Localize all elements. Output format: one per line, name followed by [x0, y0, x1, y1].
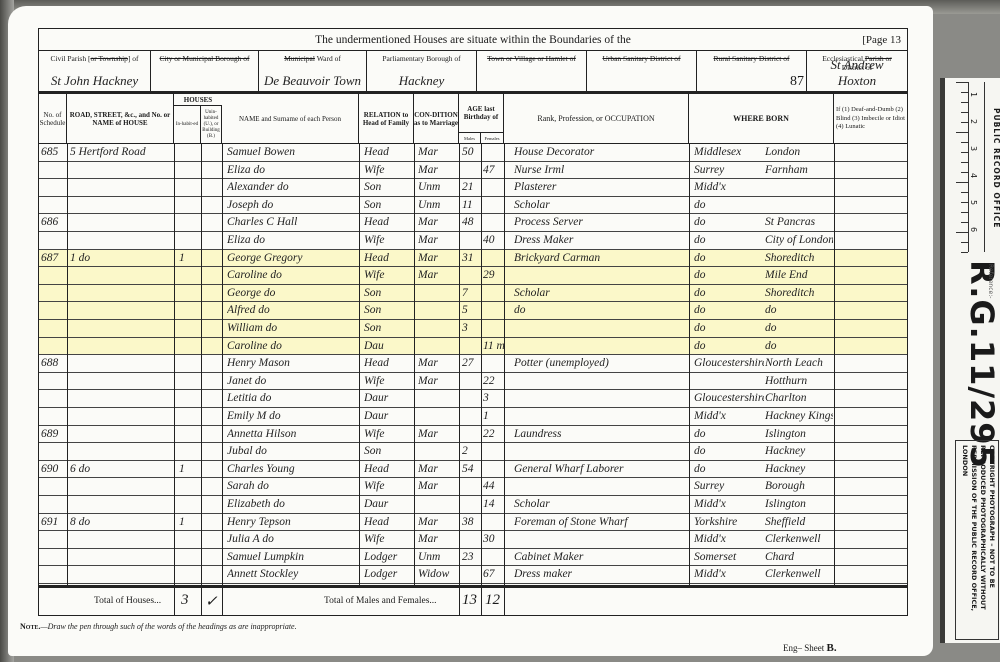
male-age — [462, 408, 481, 426]
divider — [504, 588, 505, 616]
relation-to-head: Daur — [364, 390, 412, 408]
marital-condition: Mar — [418, 232, 458, 250]
relation-to-head: Daur — [364, 496, 412, 514]
road-address — [70, 179, 172, 197]
inhabited-count — [179, 320, 199, 338]
copyright-notice: COPYRIGHT PHOTOGRAPH – NOT TO BE REPRODU… — [955, 440, 999, 640]
birthplace-town: Islington — [765, 496, 833, 514]
ruler-tick — [961, 242, 968, 243]
inhabited-count — [179, 285, 199, 303]
person-name: Alfred do — [227, 302, 357, 320]
schedule-number: 688 — [41, 355, 67, 373]
ruler-tick — [961, 142, 968, 143]
male-age — [462, 531, 481, 549]
birthplace-town: North Leach — [765, 355, 833, 373]
birthplace-town: do — [765, 338, 833, 356]
divider — [67, 144, 68, 586]
birthplace-town: Hackney — [765, 443, 833, 461]
marital-condition: Mar — [418, 162, 458, 180]
road-address — [70, 232, 172, 250]
census-row: 686Charles C HallHeadMar48Process Server… — [39, 214, 907, 232]
birthplace-town: Farnham — [765, 162, 833, 180]
road-address — [70, 443, 172, 461]
person-name: Jubal do — [227, 443, 357, 461]
col-header-infirmity: If (1) Deaf-and-Dumb (2) Blind (3) Imbec… — [834, 94, 908, 144]
occupation: House Decorator — [514, 144, 686, 162]
schedule-number — [41, 232, 67, 250]
ruler-number: 3 — [969, 146, 978, 151]
archive-reference-strip: 123456 PUBLIC RECORD OFFICE R.G.11/295 R… — [940, 78, 1000, 643]
female-age: 14 — [483, 496, 504, 514]
sheet-letter: B. — [827, 642, 837, 654]
ruler-number: 5 — [969, 200, 978, 205]
male-age — [462, 496, 481, 514]
occupation — [514, 478, 686, 496]
marital-condition: Mar — [418, 514, 458, 532]
occupation: Nurse Irml — [514, 162, 686, 180]
female-age: 67 — [483, 566, 504, 584]
schedule-number — [41, 373, 67, 391]
male-age — [462, 162, 481, 180]
birthplace-town: Clerkenwell — [765, 566, 833, 584]
parliamentary-borough-label: Parliamentary Borough of — [382, 54, 460, 63]
female-age — [483, 443, 504, 461]
female-age — [483, 355, 504, 373]
divider — [222, 588, 223, 616]
birthplace-county: Midd'x — [694, 566, 764, 584]
female-age: 40 — [483, 232, 504, 250]
ruler-tick — [956, 182, 968, 183]
divider — [504, 144, 505, 586]
municipal-ward-label: Ward of — [315, 54, 341, 63]
civil-parish-label: Civil Parish [ — [50, 54, 90, 63]
person-name: George Gregory — [227, 250, 357, 268]
schedule-number: 685 — [41, 144, 67, 162]
page-number: [Page 13 — [862, 29, 901, 51]
inhabited-count — [179, 232, 199, 250]
marital-condition — [418, 285, 458, 303]
marital-condition: Mar — [418, 250, 458, 268]
census-row: Joseph doSonUnm11Scholardo — [39, 197, 907, 215]
female-age — [483, 197, 504, 215]
inhabited-count — [179, 302, 199, 320]
marital-condition — [418, 320, 458, 338]
birthplace-county: do — [694, 302, 764, 320]
birthplace-town: St Pancras — [765, 214, 833, 232]
female-age: 47 — [483, 162, 504, 180]
birthplace-county: Gloucestershire — [694, 355, 764, 373]
relation-to-head: Lodger — [364, 549, 412, 567]
census-row: Emily M doDaur1Midd'xHackney Kings — [39, 408, 907, 426]
note-text: —Draw the pen through such of the words … — [40, 622, 296, 631]
schedule-number — [41, 566, 67, 584]
person-name: Letitia do — [227, 390, 357, 408]
relation-to-head: Wife — [364, 267, 412, 285]
male-age: 21 — [462, 179, 481, 197]
occupation — [514, 338, 686, 356]
birthplace-county: do — [694, 232, 764, 250]
ruler-number: 1 — [969, 92, 978, 97]
relation-to-head: Head — [364, 355, 412, 373]
male-age: 31 — [462, 250, 481, 268]
road-address — [70, 320, 172, 338]
occupation: Process Server — [514, 214, 686, 232]
inhabited-count — [179, 426, 199, 444]
male-age — [462, 478, 481, 496]
town-village-cell: Town or Village or Hamlet of — [477, 51, 587, 91]
census-entries: Annett StockleyLodgerWidow67Dress makerM… — [38, 144, 908, 586]
birthplace-town: Islington — [765, 426, 833, 444]
marital-condition: Mar — [418, 531, 458, 549]
occupation: Cabinet Maker — [514, 549, 686, 567]
birthplace-town: Chard — [765, 549, 833, 567]
ruler-tick — [961, 172, 968, 173]
divider — [201, 144, 202, 586]
schedule-number — [41, 478, 67, 496]
birthplace-town: Hotthurn — [765, 373, 833, 391]
person-name: Henry Tepson — [227, 514, 357, 532]
ruler-tick — [956, 132, 968, 133]
female-age: 29 — [483, 267, 504, 285]
census-row: Elizabeth doDaur14ScholarMidd'xIslington — [39, 496, 907, 514]
divider — [222, 144, 223, 586]
ruler-tick — [961, 112, 968, 113]
ruler-number: 6 — [969, 227, 978, 232]
birthplace-town: Hackney — [765, 461, 833, 479]
rural-sanitary-cell: Rural Sanitary District of 87 — [697, 51, 807, 91]
male-age — [462, 373, 481, 391]
birthplace-county: do — [694, 320, 764, 338]
measurement-ruler — [951, 82, 969, 252]
inhabited-count — [179, 478, 199, 496]
marital-condition: Unm — [418, 549, 458, 567]
marital-condition: Mar — [418, 144, 458, 162]
parliamentary-borough-value: Hackney — [371, 73, 472, 89]
municipal-borough-cell: City or Municipal Borough of — [151, 51, 259, 91]
inhabited-count — [179, 338, 199, 356]
marital-condition — [418, 390, 458, 408]
inhabited-count: 1 — [179, 250, 199, 268]
male-age — [462, 232, 481, 250]
relation-to-head: Wife — [364, 478, 412, 496]
divider — [174, 144, 175, 586]
total-females-value: 12 — [485, 592, 500, 609]
census-row: Caroline doDau11 mthsdodo — [39, 338, 907, 356]
inhabited-count — [179, 531, 199, 549]
female-age: 11 mths — [483, 338, 504, 356]
schedule-number — [41, 549, 67, 567]
birthplace-county: do — [694, 461, 764, 479]
road-address — [70, 390, 172, 408]
birthplace-town: Clerkenwell — [765, 531, 833, 549]
schedule-number — [41, 285, 67, 303]
inhabited-count — [179, 443, 199, 461]
schedule-number: 687 — [41, 250, 67, 268]
road-address: 5 Hertford Road — [70, 144, 172, 162]
person-name: George do — [227, 285, 357, 303]
totals-row: Total of Houses... 3 ✓ Total of Males an… — [38, 586, 908, 616]
note-prefix: Note. — [20, 622, 40, 631]
male-age — [462, 338, 481, 356]
birthplace-town: do — [765, 302, 833, 320]
census-row: Eliza doWifeMar47Nurse IrmlSurreyFarnham — [39, 162, 907, 180]
relation-to-head: Head — [364, 144, 412, 162]
person-name: Charles C Hall — [227, 214, 357, 232]
occupation: Scholar — [514, 285, 686, 303]
person-name: Janet do — [227, 373, 357, 391]
relation-to-head: Lodger — [364, 566, 412, 584]
ruler-number: 2 — [969, 119, 978, 124]
divider — [459, 144, 460, 586]
birthplace-county: do — [694, 267, 764, 285]
census-page: The undermentioned Houses are situate wi… — [8, 6, 933, 656]
occupation: Dress Maker — [514, 232, 686, 250]
schedule-number — [41, 320, 67, 338]
footer-note: Note.—Draw the pen through such of the w… — [20, 622, 297, 631]
sheet-label-text: Eng– Sheet — [783, 643, 824, 653]
divider — [359, 144, 360, 586]
birthplace-town: Charlton — [765, 390, 833, 408]
road-address — [70, 267, 172, 285]
rural-sanitary-label: Rural Sanitary District of — [713, 54, 789, 63]
marital-condition: Mar — [418, 426, 458, 444]
relation-to-head: Wife — [364, 373, 412, 391]
occupation: Scholar — [514, 496, 686, 514]
birthplace-county — [694, 373, 764, 391]
road-address — [70, 408, 172, 426]
birthplace-county: Midd'x — [694, 531, 764, 549]
occupation: Brickyard Carman — [514, 250, 686, 268]
municipal-ward-struck: Municipal — [284, 54, 315, 63]
marital-condition — [418, 338, 458, 356]
archive-label: PUBLIC RECORD OFFICE — [989, 108, 1000, 248]
person-name: Eliza do — [227, 162, 357, 180]
person-name: Caroline do — [227, 267, 357, 285]
female-age — [483, 514, 504, 532]
relation-to-head: Dau — [364, 338, 412, 356]
road-address — [70, 373, 172, 391]
relation-to-head: Head — [364, 214, 412, 232]
ruler-tick — [961, 212, 968, 213]
relation-to-head: Son — [364, 179, 412, 197]
ecclesiastical-value: St Andrew Hoxton — [811, 57, 903, 89]
road-address: 8 do — [70, 514, 172, 532]
census-row: 688Henry MasonHeadMar27Potter (unemploye… — [39, 355, 907, 373]
col-header-age: AGE last Birthday of — [459, 94, 504, 132]
male-age — [462, 566, 481, 584]
occupation: do — [514, 302, 686, 320]
relation-to-head: Wife — [364, 426, 412, 444]
relation-to-head: Head — [364, 461, 412, 479]
divider — [201, 588, 202, 616]
col-header-houses: HOUSES — [174, 94, 222, 106]
female-age — [483, 144, 504, 162]
town-village-label: Town or Village or Hamlet of — [487, 54, 576, 63]
census-row: Caroline doWifeMar29doMile End — [39, 267, 907, 285]
road-address — [70, 549, 172, 567]
marital-condition — [418, 408, 458, 426]
marital-condition: Mar — [418, 478, 458, 496]
ruler-tick — [956, 82, 968, 83]
inhabited-count — [179, 197, 199, 215]
road-address — [70, 478, 172, 496]
schedule-number — [41, 179, 67, 197]
male-age: 48 — [462, 214, 481, 232]
ecclesiastical-cell: Ecclesiastical Parish or District of St … — [807, 51, 907, 91]
schedule-number — [41, 390, 67, 408]
birthplace-county: Middlesex — [694, 144, 764, 162]
marital-condition: Mar — [418, 355, 458, 373]
birthplace-town: Borough — [765, 478, 833, 496]
census-row: 6918 do1Henry TepsonHeadMar38Foreman of … — [39, 514, 907, 532]
road-address — [70, 496, 172, 514]
birthplace-county: do — [694, 338, 764, 356]
ruler-numbers: 123456 — [969, 82, 985, 252]
divider — [174, 588, 175, 616]
person-name: William do — [227, 320, 357, 338]
schedule-number — [41, 531, 67, 549]
column-header-row: No. of Schedule ROAD, STREET, &c., and N… — [38, 92, 908, 144]
road-address — [70, 426, 172, 444]
ruler-tick — [961, 152, 968, 153]
person-name: Samuel Lumpkin — [227, 549, 357, 567]
col-header-condition: CON-DITION as to Marriage — [414, 94, 459, 144]
urban-sanitary-label: Urban Sanitary District of — [602, 54, 680, 63]
marital-condition — [418, 443, 458, 461]
inhabited-count: 1 — [179, 461, 199, 479]
inhabited-count — [179, 162, 199, 180]
road-address — [70, 214, 172, 232]
inhabited-count — [179, 144, 199, 162]
birthplace-town — [765, 179, 833, 197]
occupation: Foreman of Stone Wharf — [514, 514, 686, 532]
municipal-ward-value: De Beauvoir Town — [263, 73, 362, 89]
birthplace-county: do — [694, 426, 764, 444]
road-address — [70, 162, 172, 180]
total-persons-label: Total of Males and Females... — [324, 596, 437, 606]
occupation: Plasterer — [514, 179, 686, 197]
schedule-number: 691 — [41, 514, 67, 532]
male-age — [462, 390, 481, 408]
reference-label: Reference:- — [987, 264, 994, 298]
schedule-number — [41, 302, 67, 320]
marital-condition: Unm — [418, 179, 458, 197]
road-address — [70, 566, 172, 584]
female-age — [483, 250, 504, 268]
col-header-males: Males — [459, 132, 481, 144]
birthplace-town: do — [765, 320, 833, 338]
person-name: Annetta Hilson — [227, 426, 357, 444]
marital-condition: Mar — [418, 267, 458, 285]
road-address — [70, 197, 172, 215]
birthplace-town: City of London — [765, 232, 833, 250]
occupation: Scholar — [514, 197, 686, 215]
female-age — [483, 320, 504, 338]
census-row: Sarah doWifeMar44SurreyBorough — [39, 478, 907, 496]
inhabited-count — [179, 549, 199, 567]
male-age: 27 — [462, 355, 481, 373]
road-address: 1 do — [70, 250, 172, 268]
person-name: Eliza do — [227, 232, 357, 250]
occupation — [514, 320, 686, 338]
ruler-tick — [961, 192, 968, 193]
col-header-relation: RELATION to Head of Family — [359, 94, 414, 144]
col-header-where-born: WHERE BORN — [689, 94, 834, 144]
civil-parish-label-post: ] of — [128, 54, 139, 63]
male-age: 23 — [462, 549, 481, 567]
person-name: Annett Stockley — [227, 566, 357, 584]
person-name: Emily M do — [227, 408, 357, 426]
schedule-number — [41, 162, 67, 180]
relation-to-head: Wife — [364, 531, 412, 549]
birthplace-county: do — [694, 214, 764, 232]
inhabited-count — [179, 214, 199, 232]
divider — [689, 144, 690, 586]
relation-to-head: Son — [364, 197, 412, 215]
col-header-inhabited: In-habit-ed — [174, 106, 201, 144]
total-houses-check: ✓ — [205, 592, 218, 611]
occupation: Potter (unemployed) — [514, 355, 686, 373]
person-name: Sarah do — [227, 478, 357, 496]
marital-condition: Mar — [418, 373, 458, 391]
occupation: General Wharf Laborer — [514, 461, 686, 479]
occupation — [514, 408, 686, 426]
schedule-number — [41, 338, 67, 356]
birthplace-county: Midd'x — [694, 408, 764, 426]
person-name: Charles Young — [227, 461, 357, 479]
ruler-tick — [961, 102, 968, 103]
birthplace-county: Midd'x — [694, 496, 764, 514]
person-name: Alexander do — [227, 179, 357, 197]
male-age: 2 — [462, 443, 481, 461]
col-header-schedule: No. of Schedule — [39, 94, 67, 144]
inhabited-count — [179, 566, 199, 584]
relation-to-head: Head — [364, 250, 412, 268]
female-age — [483, 461, 504, 479]
col-header-road: ROAD, STREET, &c., and No. or NAME of HO… — [67, 94, 174, 144]
civil-parish-value: St John Hackney — [43, 73, 146, 89]
occupation: Laundress — [514, 426, 686, 444]
occupation: Dress maker — [514, 566, 686, 584]
birthplace-town: Hackney Kings — [765, 408, 833, 426]
male-age: 5 — [462, 302, 481, 320]
person-name: Caroline do — [227, 338, 357, 356]
census-row: 689Annetta HilsonWifeMar22LaundressdoIsl… — [39, 426, 907, 444]
person-name: Henry Mason — [227, 355, 357, 373]
civil-parish-cell: Civil Parish [or Township] of St John Ha… — [39, 51, 151, 91]
inhabited-count: 1 — [179, 514, 199, 532]
female-age — [483, 214, 504, 232]
schedule-number — [41, 496, 67, 514]
male-age — [462, 267, 481, 285]
female-age: 1 — [483, 408, 504, 426]
female-age: 3 — [483, 390, 504, 408]
male-age: 54 — [462, 461, 481, 479]
census-row: Annett StockleyLodgerWidow67Dress makerM… — [39, 566, 907, 584]
male-age — [462, 426, 481, 444]
road-address: 6 do — [70, 461, 172, 479]
male-age: 38 — [462, 514, 481, 532]
ruler-tick — [961, 202, 968, 203]
inhabited-count — [179, 355, 199, 373]
relation-to-head: Head — [364, 514, 412, 532]
schedule-number — [41, 267, 67, 285]
ruler-tick — [956, 232, 968, 233]
parliamentary-borough-cell: Parliamentary Borough of Hackney — [367, 51, 477, 91]
marital-condition: Mar — [418, 461, 458, 479]
male-age: 11 — [462, 197, 481, 215]
female-age: 22 — [483, 373, 504, 391]
